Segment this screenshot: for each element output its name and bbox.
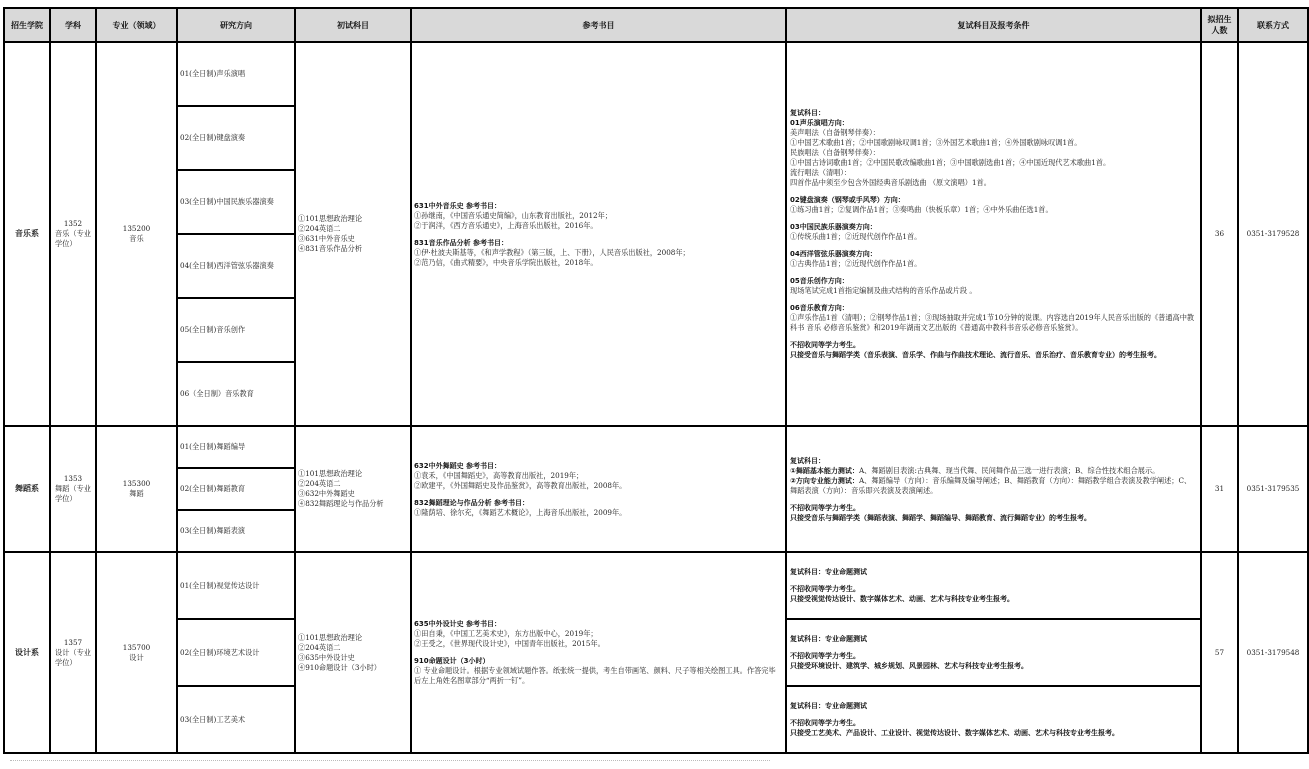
header-college: 招生学院: [4, 8, 50, 42]
subject-name: 音乐（专业学位）: [55, 229, 91, 249]
retest-line: 四首作品中须至少包含外国经典音乐剧选曲 （原文演唱）1首。: [790, 178, 1196, 188]
quota-cell: 36: [1201, 42, 1238, 426]
retest-condition: 不招收同等学力考生。: [790, 718, 1196, 728]
header-direction: 研究方向: [177, 8, 295, 42]
retest-line: 现场笔试完成1首指定编制及曲式结构的音乐作品或片段 。: [790, 286, 1196, 296]
book-title: 910命题设计（3小时）: [414, 656, 781, 666]
major-cell: 135200 音乐: [96, 42, 177, 426]
retest-condition: 不招收同等学力考生。: [790, 584, 1196, 594]
retest-title: 复试科目：专业命题测试: [790, 634, 1196, 644]
retest-heading: 03中国民族乐器演奏方向：: [790, 222, 1196, 232]
header-books: 参考书目: [411, 8, 786, 42]
retest-title: 复试科目：专业命题测试: [790, 701, 1196, 711]
major-cell: 135700 设计: [96, 552, 177, 753]
retest-line: ①古典作品1首；②近现代创作作品1首。: [790, 259, 1196, 269]
table-row-music: 音乐系 1352 音乐（专业学位） 135200 音乐 01(全日制)声乐演唱 …: [4, 42, 1308, 106]
book-title: 632中外舞蹈史 参考书目：: [414, 461, 781, 471]
retest-heading: 06音乐教育方向：: [790, 303, 1196, 313]
book-item: ① 专业命题设计。根据专业领域试题作答。纸张统一提供，考生自带画笔、颜料、尺子等…: [414, 666, 781, 686]
header-row: 招生学院 学科 专业（领域） 研究方向 初试科目 参考书目 复试科目及报考条件 …: [4, 8, 1308, 42]
book-item: ①孙继南，《中国音乐通史简编》，山东教育出版社，2012年；: [414, 211, 781, 221]
direction-cell: 02(全日制)键盘演奏: [177, 106, 295, 170]
direction-cell: 05(全日制)音乐创作: [177, 298, 295, 362]
retest-heading: 02键盘演奏（钢琴或手风琴）方向：: [790, 195, 1196, 205]
quota-cell: 31: [1201, 426, 1238, 552]
major-name: 设计: [97, 653, 176, 663]
retest-line: ①中国古诗词歌曲1首；②中国民歌改编歌曲1首；③中国歌剧选曲1首；④中国近现代艺…: [790, 158, 1196, 168]
retest-condition: 只接受音乐与舞蹈学类（音乐表演、音乐学、作曲与作曲技术理论、流行音乐、音乐治疗、…: [790, 350, 1196, 360]
exam-cell: ①101思想政治理论 ②204英语二 ③631中外音乐史 ④831音乐作品分析: [295, 42, 411, 426]
retest-line: 美声唱法（自备钢琴伴奏）：: [790, 128, 1196, 138]
retest-cell: 复试科目： 01声乐演唱方向： 美声唱法（自备钢琴伴奏）： ①中国艺术歌曲1首；…: [786, 42, 1201, 426]
contact-cell: 0351-3179528: [1238, 42, 1308, 426]
books-cell: 632中外舞蹈史 参考书目： ①袁禾，《中国舞蹈史》，高等教育出版社，2019年…: [411, 426, 786, 552]
header-major: 专业（领域）: [96, 8, 177, 42]
book-item: ①隆荫培、徐尔充，《舞蹈艺术概论》，上海音乐出版社，2009年。: [414, 508, 781, 518]
major-name: 舞蹈: [97, 489, 176, 499]
major-code: 135700: [97, 643, 176, 653]
books-cell: 635中外设计史 参考书目： ①田自秉，《中国工艺美术史》，东方出版中心，201…: [411, 552, 786, 753]
retest-condition: 只接受音乐与舞蹈学类（舞蹈表演、舞蹈学、舞蹈编导、舞蹈教育、流行舞蹈专业）的考生…: [790, 513, 1196, 523]
retest-condition: 只接受工艺美术、产品设计、工业设计、视觉传达设计、数字媒体艺术、动画、艺术与科技…: [790, 728, 1196, 738]
header-contact: 联系方式: [1238, 8, 1308, 42]
book-item: ②于润洋，《西方音乐通史》，上海音乐出版社，2016年。: [414, 221, 781, 231]
retest-label: ②方向专业能力测试：: [790, 477, 859, 485]
retest-cell: 复试科目：专业命题测试 不招收同等学力考生。 只接受视觉传达设计、数字媒体艺术、…: [786, 552, 1201, 619]
exam-item: ④910命题设计（3小时）: [298, 663, 410, 673]
retest-condition: 不招收同等学力考生。: [790, 651, 1196, 661]
subject-cell: 1352 音乐（专业学位）: [50, 42, 96, 426]
book-title: 635中外设计史 参考书目：: [414, 619, 781, 629]
exam-item: ①101思想政治理论: [298, 633, 410, 643]
retest-line: 民族唱法（自备钢琴伴奏）：: [790, 148, 1196, 158]
subject-cell: 1353 舞蹈（专业学位）: [50, 426, 96, 552]
subject-cell: 1357 设计（专业学位）: [50, 552, 96, 753]
subject-code: 1357: [55, 638, 91, 648]
direction-cell: 06（全日制）音乐教育: [177, 362, 295, 426]
retest-cell: 复试科目： ①舞蹈基本能力测试：A、舞蹈剧目表演:古典舞、现当代舞、民间舞作品三…: [786, 426, 1201, 552]
book-item: ②欧建平，《外国舞蹈史及作品鉴赏》，高等教育出版社，2008年。: [414, 481, 781, 491]
retest-line: 流行唱法（清唱）：: [790, 168, 1196, 178]
retest-cell: 复试科目：专业命题测试 不招收同等学力考生。 只接受环境设计、建筑学、城乡规划、…: [786, 619, 1201, 686]
exam-item: ④832舞蹈理论与作品分析: [298, 499, 410, 509]
book-title: 832舞蹈理论与作品分析 参考书目：: [414, 498, 781, 508]
book-item: ①袁禾，《中国舞蹈史》，高等教育出版社，2019年；: [414, 471, 781, 481]
exam-item: ③632中外舞蹈史: [298, 489, 410, 499]
retest-line: ①传统乐曲1首；②近现代创作作品1首。: [790, 232, 1196, 242]
exam-cell: ①101思想政治理论 ②204英语二 ③635中外设计史 ④910命题设计（3小…: [295, 552, 411, 753]
subject-name: 舞蹈（专业学位）: [55, 484, 91, 504]
quota-cell: 57: [1201, 552, 1238, 753]
direction-cell: 01(全日制)舞蹈编导: [177, 426, 295, 468]
admissions-table: 招生学院 学科 专业（领域） 研究方向 初试科目 参考书目 复试科目及报考条件 …: [3, 7, 1309, 754]
direction-cell: 03(全日制)中国民族乐器演奏: [177, 170, 295, 234]
retest-text: A、舞蹈剧目表演:古典舞、现当代舞、民间舞作品三选一进行表演；B、综合性技术组合…: [859, 466, 1159, 475]
direction-cell: 01(全日制)视觉传达设计: [177, 552, 295, 619]
major-code: 135200: [97, 224, 176, 234]
exam-item: ③631中外音乐史: [298, 234, 410, 244]
retest-line: ①中国艺术歌曲1首；②中国歌剧咏叹调1首；③外国艺术歌曲1首；④外国歌剧咏叹调1…: [790, 138, 1196, 148]
subject-name: 设计（专业学位）: [55, 648, 91, 668]
direction-cell: 02(全日制)环境艺术设计: [177, 619, 295, 686]
retest-line: ①声乐作品1首（清唱）；②钢琴作品1首；③现场抽取并完成1节10分钟的说课。内容…: [790, 313, 1196, 333]
book-item: ①田自秉，《中国工艺美术史》，东方出版中心，2019年；: [414, 629, 781, 639]
retest-heading: 04西洋管弦乐器演奏方向：: [790, 249, 1196, 259]
retest-condition: 不招收同等学力考生。: [790, 340, 1196, 350]
book-item: ②王受之，《世界现代设计史》，中国青年出版社，2015年。: [414, 639, 781, 649]
footnote-divider: [10, 760, 770, 763]
table-row-design: 设计系 1357 设计（专业学位） 135700 设计 01(全日制)视觉传达设…: [4, 552, 1308, 619]
header-retest: 复试科目及报考条件: [786, 8, 1201, 42]
direction-cell: 02(全日制)舞蹈教育: [177, 468, 295, 510]
college-cell: 设计系: [4, 552, 50, 753]
books-cell: 631中外音乐史 参考书目： ①孙继南，《中国音乐通史简编》，山东教育出版社，2…: [411, 42, 786, 426]
retest-label: ①舞蹈基本能力测试：: [790, 467, 859, 475]
major-name: 音乐: [97, 234, 176, 244]
exam-item: ①101思想政治理论: [298, 214, 410, 224]
exam-item: ②204英语二: [298, 224, 410, 234]
book-item: ①伊·杜波夫斯基等，《和声学教程》（第三版，上、下册），人民音乐出版社，2008…: [414, 248, 781, 258]
retest-condition: 不招收同等学力考生。: [790, 503, 1196, 513]
retest-title: 复试科目：专业命题测试: [790, 567, 1196, 577]
major-cell: 135300 舞蹈: [96, 426, 177, 552]
header-exam: 初试科目: [295, 8, 411, 42]
exam-item: ①101思想政治理论: [298, 469, 410, 479]
major-code: 135300: [97, 479, 176, 489]
exam-item: ④831音乐作品分析: [298, 244, 410, 254]
retest-title: 复试科目：: [790, 108, 1196, 118]
college-cell: 音乐系: [4, 42, 50, 426]
college-cell: 舞蹈系: [4, 426, 50, 552]
exam-item: ②204英语二: [298, 479, 410, 489]
subject-code: 1353: [55, 474, 91, 484]
header-subject: 学科: [50, 8, 96, 42]
retest-condition: 只接受视觉传达设计、数字媒体艺术、动画、艺术与科技专业考生报考。: [790, 594, 1196, 604]
retest-heading: 05音乐创作方向：: [790, 276, 1196, 286]
exam-cell: ①101思想政治理论 ②204英语二 ③632中外舞蹈史 ④832舞蹈理论与作品…: [295, 426, 411, 552]
book-title: 831音乐作品分析 参考书目：: [414, 238, 781, 248]
retest-line: ①练习曲1首；②复调作品1首；③奏鸣曲（快板乐章）1首；④中外乐曲任选1首。: [790, 205, 1196, 215]
retest-title: 复试科目：: [790, 456, 1196, 466]
book-title: 631中外音乐史 参考书目：: [414, 201, 781, 211]
contact-cell: 0351-3179548: [1238, 552, 1308, 753]
table-row-dance: 舞蹈系 1353 舞蹈（专业学位） 135300 舞蹈 01(全日制)舞蹈编导 …: [4, 426, 1308, 468]
retest-cell: 复试科目：专业命题测试 不招收同等学力考生。 只接受工艺美术、产品设计、工业设计…: [786, 686, 1201, 753]
exam-item: ②204英语二: [298, 643, 410, 653]
retest-heading: 01声乐演唱方向：: [790, 118, 1196, 128]
direction-cell: 04(全日制)西洋管弦乐器演奏: [177, 234, 295, 298]
subject-code: 1352: [55, 219, 91, 229]
direction-cell: 03(全日制)工艺美术: [177, 686, 295, 753]
direction-cell: 03(全日制)舞蹈表演: [177, 510, 295, 552]
direction-cell: 01(全日制)声乐演唱: [177, 42, 295, 106]
header-quota: 拟招生人数: [1201, 8, 1238, 42]
book-item: ②范乃信，《曲式精要》，中央音乐学院出版社，2018年。: [414, 258, 781, 268]
retest-condition: 只接受环境设计、建筑学、城乡规划、风景园林、艺术与科技专业考生报考。: [790, 661, 1196, 671]
contact-cell: 0351-3179535: [1238, 426, 1308, 552]
exam-item: ③635中外设计史: [298, 653, 410, 663]
